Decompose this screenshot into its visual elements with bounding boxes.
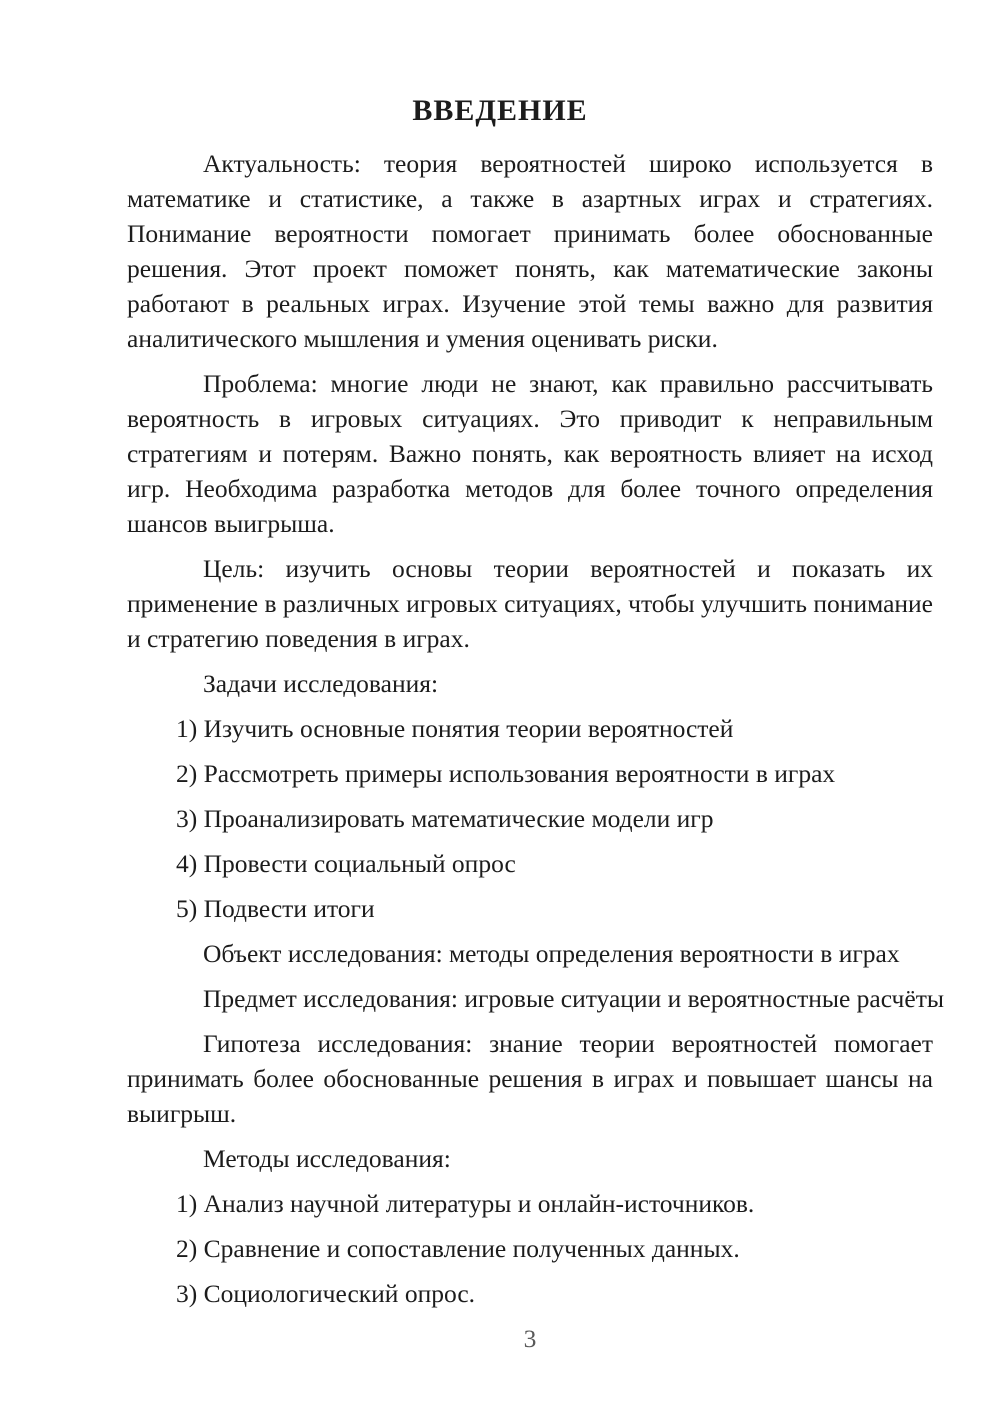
methods-heading: Методы исследования: (127, 1141, 933, 1176)
method-item: 1) Анализ научной литературы и онлайн-ис… (127, 1186, 933, 1221)
paragraph-line: Цель: изучить основы теории вероятностей… (127, 551, 933, 586)
task-item: 5) Подвести итоги (127, 891, 933, 926)
research-object: Объект исследования: методы определения … (127, 936, 933, 971)
paragraph-line: игр. Необходима разработка методов для б… (127, 471, 933, 506)
paragraph-hypothesis: Гипотеза исследования: знание теории вер… (127, 1026, 933, 1131)
paragraph-line: вероятность в игровых ситуациях. Это при… (127, 401, 933, 436)
paragraph-goal: Цель: изучить основы теории вероятностей… (127, 551, 933, 656)
paragraph-line: решения. Этот проект поможет понять, как… (127, 251, 933, 286)
task-item: 4) Провести социальный опрос (127, 846, 933, 881)
paragraph-line: математике и статистике, а также в азарт… (127, 181, 933, 216)
paragraph-problem: Проблема: многие люди не знают, как прав… (127, 366, 933, 541)
paragraph-line: работают в реальных играх. Изучение этой… (127, 286, 933, 321)
page-number: 3 (127, 1321, 933, 1356)
document-page: ВВЕДЕНИЕ Актуальность: теория вероятност… (0, 0, 1000, 1414)
paragraph-line: шансов выигрыша. (127, 506, 933, 541)
task-item: 2) Рассмотреть примеры использования вер… (127, 756, 933, 791)
paragraph-line: принимать более обоснованные решения в и… (127, 1061, 933, 1096)
paragraph-line: Понимание вероятности помогает принимать… (127, 216, 933, 251)
paragraph-line: выигрыш. (127, 1096, 933, 1131)
task-item: 1) Изучить основные понятия теории вероя… (127, 711, 933, 746)
task-item: 3) Проанализировать математические модел… (127, 801, 933, 836)
research-subject: Предмет исследования: игровые ситуации и… (127, 981, 933, 1016)
paragraph-line: Проблема: многие люди не знают, как прав… (127, 366, 933, 401)
method-item: 3) Социологический опрос. (127, 1276, 933, 1311)
paragraph-relevance: Актуальность: теория вероятностей широко… (127, 146, 933, 356)
tasks-heading: Задачи исследования: (127, 666, 933, 701)
page-title: ВВЕДЕНИЕ (0, 93, 1000, 128)
method-item: 2) Сравнение и сопоставление полученных … (127, 1231, 933, 1266)
paragraph-line: Актуальность: теория вероятностей широко… (127, 146, 933, 181)
paragraph-line: стратегиям и потерям. Важно понять, как … (127, 436, 933, 471)
paragraph-line: аналитического мышления и умения оценива… (127, 321, 933, 356)
paragraph-line: Гипотеза исследования: знание теории вер… (127, 1026, 933, 1061)
paragraph-line: применение в различных игровых ситуациях… (127, 586, 933, 621)
paragraph-line: и стратегию поведения в играх. (127, 621, 933, 656)
